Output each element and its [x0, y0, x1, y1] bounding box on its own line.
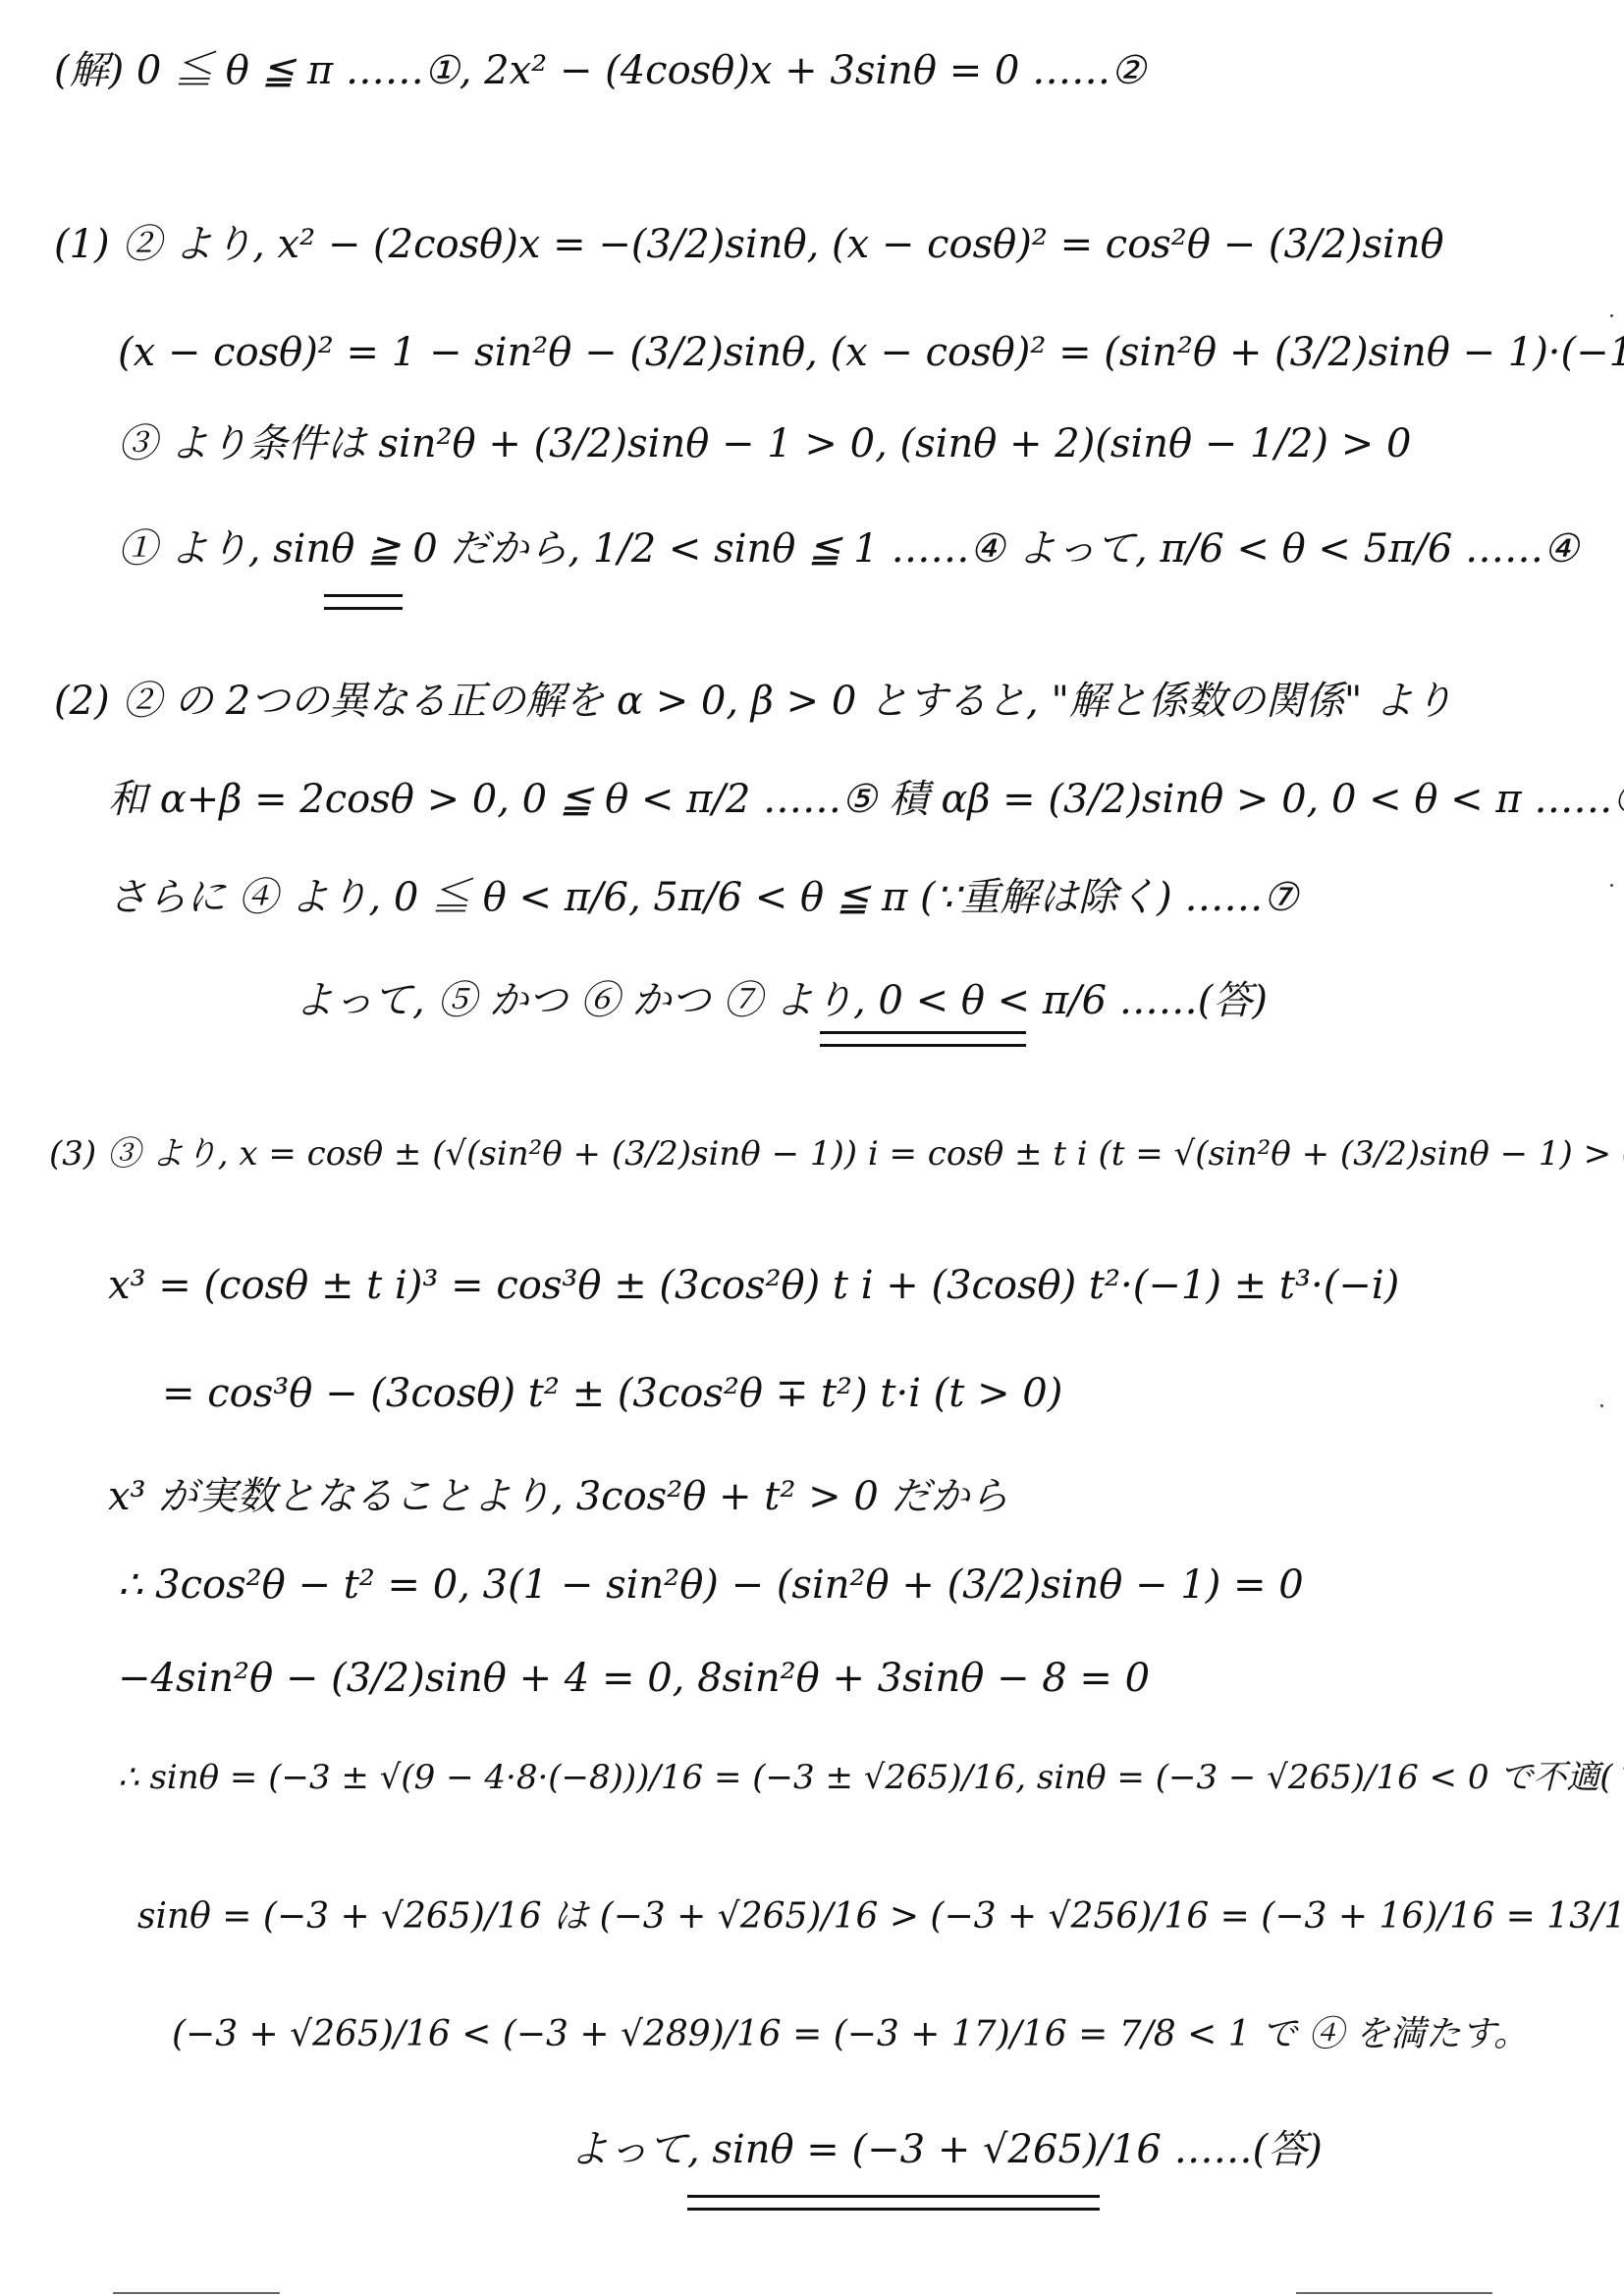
part3-line-3: = cos³θ − (3cosθ) t² ± (3cos²θ ∓ t²) t·i…: [162, 1370, 1062, 1417]
part3-line-9: (−3 + √265)/16 < (−3 + √289)/16 = (−3 + …: [172, 2013, 1529, 2055]
part3-line-2: x³ = (cosθ ± t i)³ = cos³θ ± (3cos²θ) t …: [108, 1262, 1399, 1309]
scan-speck: [1610, 884, 1613, 887]
part1-line-1: (1) ② より, x² − (2cosθ)x = −(3/2)sinθ, (x…: [54, 221, 1444, 268]
part3-line-7: ∴ sinθ = (−3 ± √(9 − 4·8·(−8)))/16 = (−3…: [118, 1758, 1624, 1798]
part3-line-5: ∴ 3cos²θ − t² = 0, 3(1 − sin²θ) − (sin²θ…: [118, 1561, 1304, 1609]
part2-answer-underline: [820, 1031, 1026, 1047]
part3-line-10: よって, sinθ = (−3 + √265)/16 ……(答): [569, 2126, 1323, 2173]
part2-line-4: よって, ⑤ かつ ⑥ かつ ⑦ より, 0 < θ < π/6 ……(答): [295, 977, 1268, 1024]
part1-answer-underline: [324, 594, 403, 610]
part1-line-3: ③ より条件は sin²θ + (3/2)sinθ − 1 > 0, (sinθ…: [118, 420, 1411, 467]
part3-answer-underline: [687, 2195, 1100, 2211]
scan-speck: [1610, 314, 1613, 317]
part2-line-2: 和 α+β = 2cosθ > 0, 0 ≦ θ < π/2 ……⑤ 積 αβ …: [108, 776, 1624, 823]
part2-line-1: (2) ② の 2つの異なる正の解を α > 0, β > 0 とすると, "解…: [54, 678, 1453, 725]
part3-line-8: sinθ = (−3 + √265)/16 は (−3 + √265)/16 >…: [137, 1895, 1624, 1938]
scan-edge-mark: [113, 2292, 280, 2294]
part1-line-2: (x − cosθ)² = 1 − sin²θ − (3/2)sinθ, (x …: [118, 329, 1624, 376]
scan-speck: [1600, 1404, 1603, 1407]
scan-edge-mark: [1296, 2292, 1492, 2294]
part3-line-4: x³ が実数となることより, 3cos²θ + t² > 0 だから: [108, 1473, 1008, 1520]
header-conditions: (解) 0 ≦ θ ≦ π ……①, 2x² − (4cosθ)x + 3sin…: [54, 47, 1146, 94]
part3-line-6: −4sin²θ − (3/2)sinθ + 4 = 0, 8sin²θ + 3s…: [118, 1655, 1150, 1702]
part1-line-4: ① より, sinθ ≧ 0 だから, 1/2 < sinθ ≦ 1 ……④ よ…: [118, 525, 1579, 573]
part2-line-3: さらに ④ より, 0 ≦ θ < π/6, 5π/6 < θ ≦ π (∵重解…: [108, 874, 1298, 921]
part3-line-1: (3) ③ より, x = cosθ ± (√(sin²θ + (3/2)sin…: [49, 1134, 1624, 1175]
